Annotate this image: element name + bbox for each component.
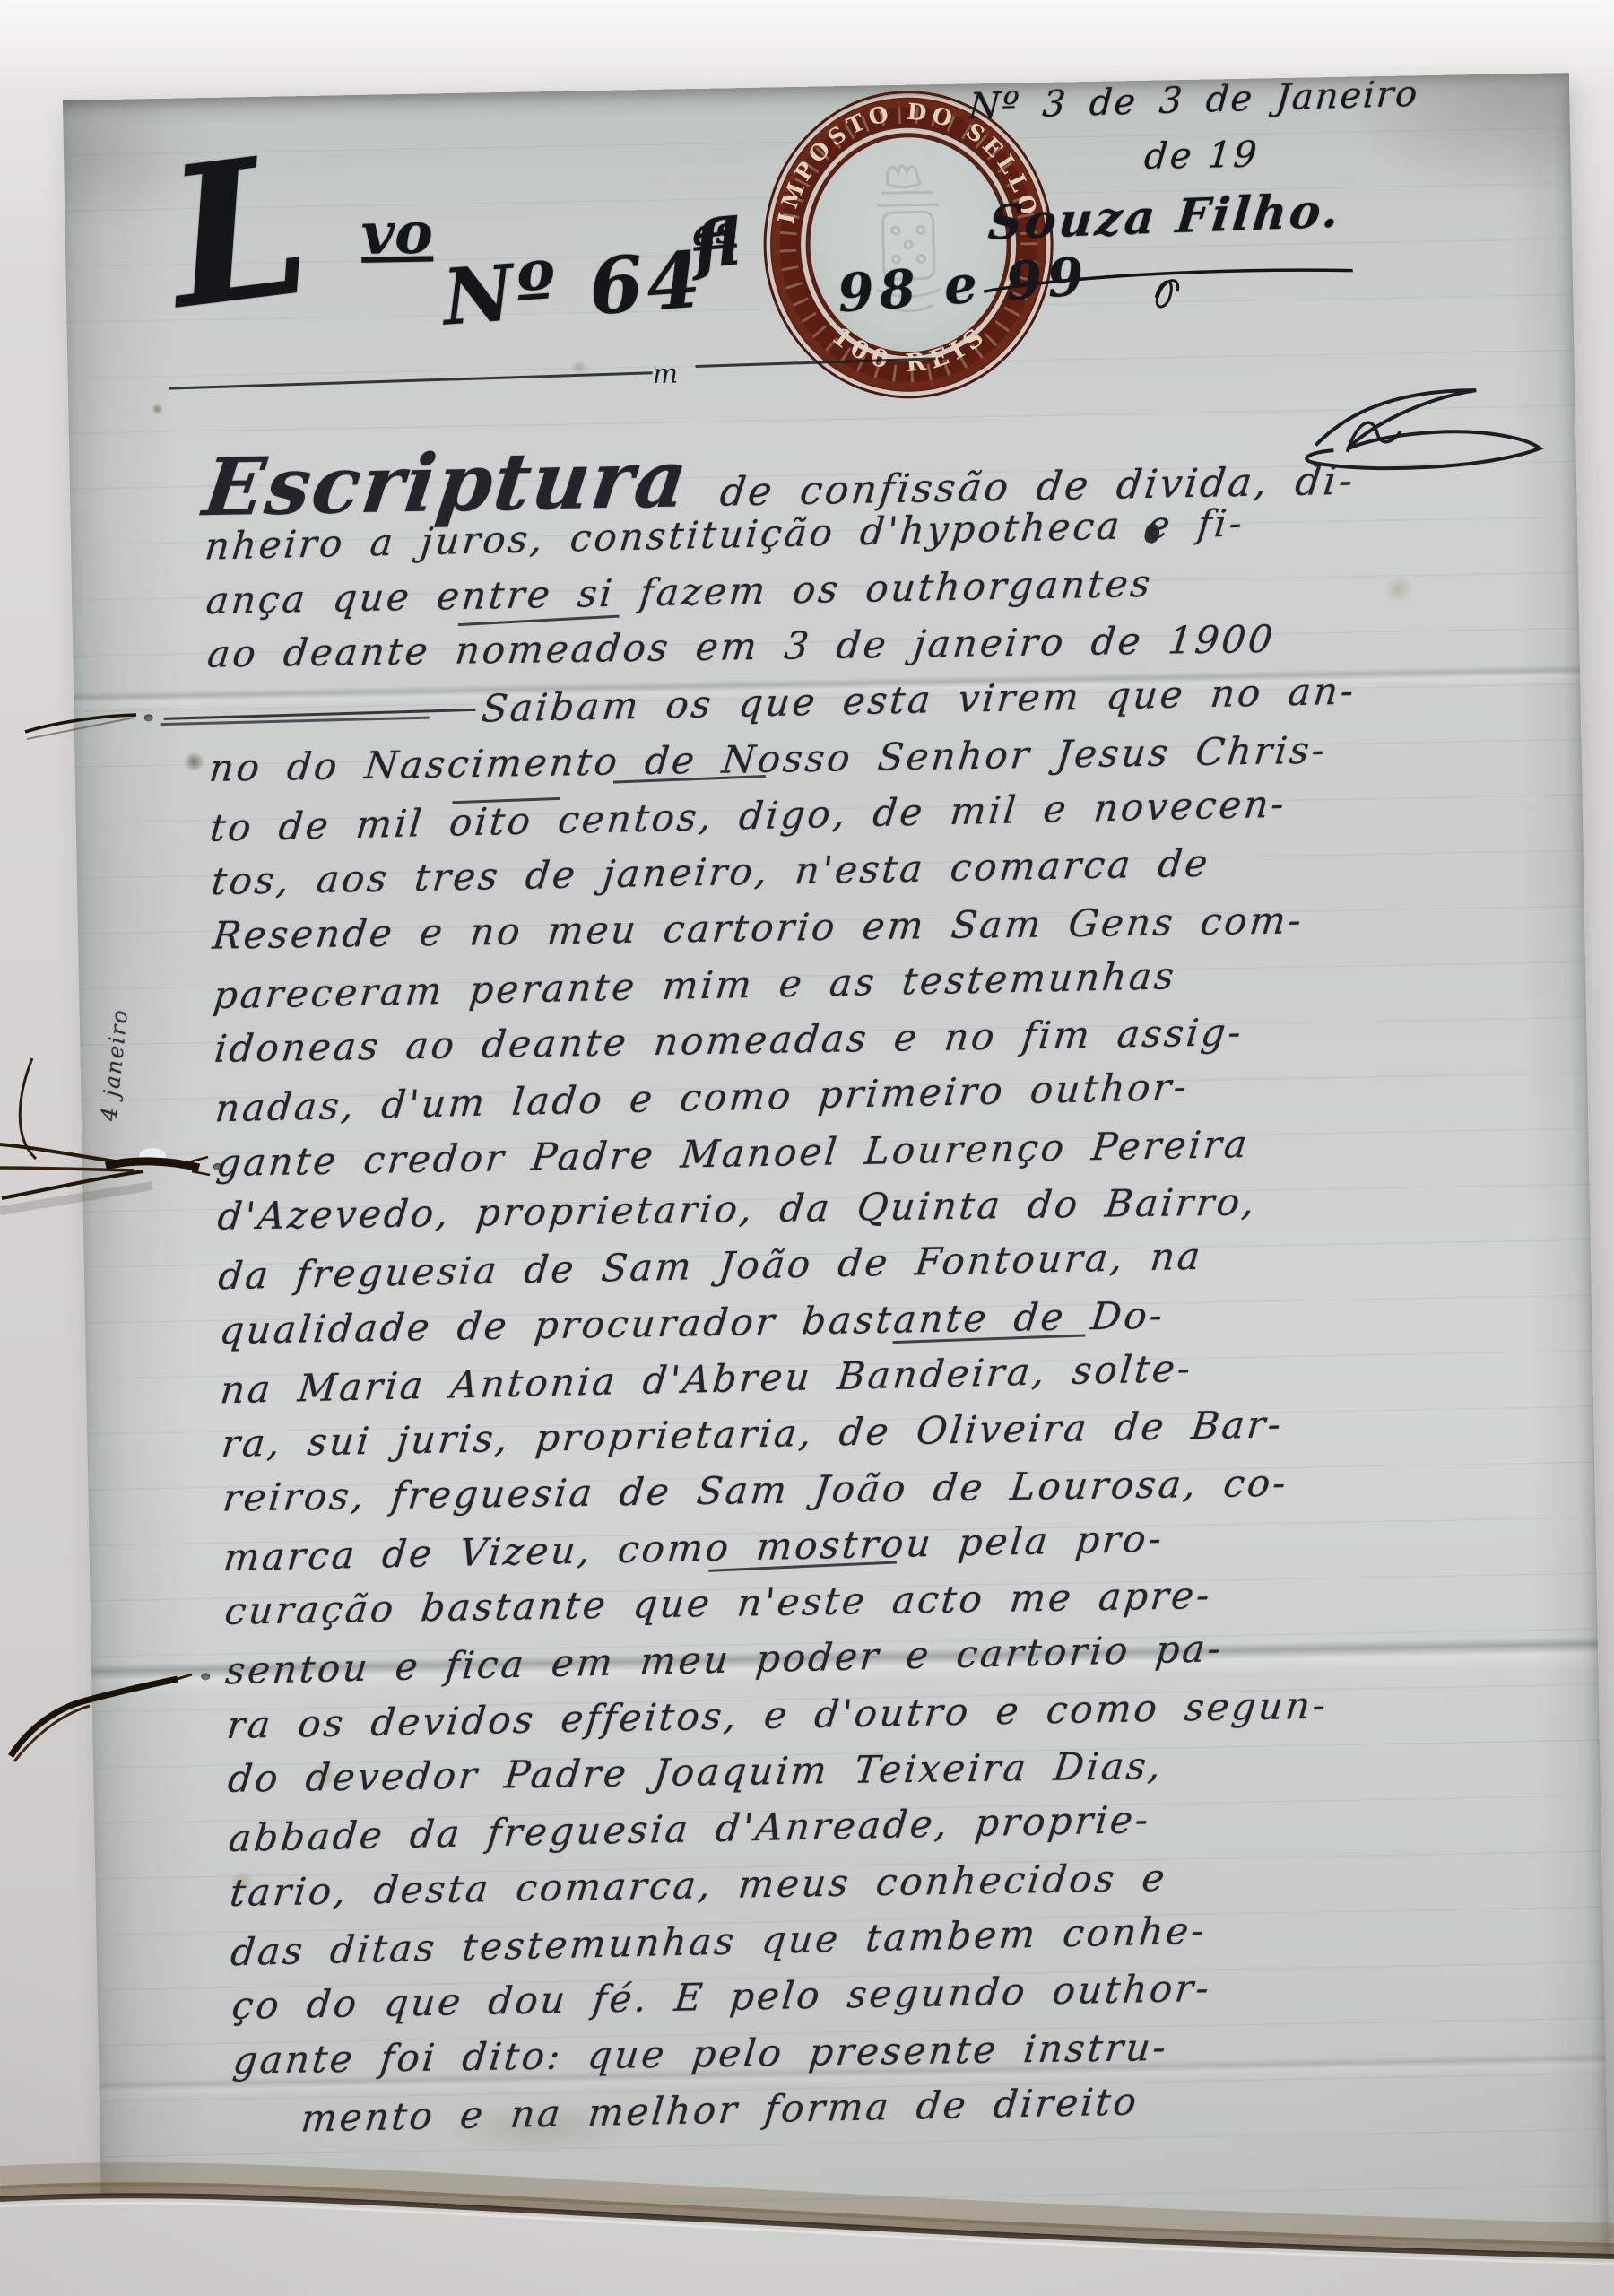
svg-text:100 REIS: 100 REIS [826, 319, 994, 379]
stain-spot [1381, 578, 1417, 600]
manuscript-line: tario, desta comarca, meus conhecidos e [228, 1856, 1169, 1915]
binding-hole [144, 714, 153, 721]
stain-spot [182, 752, 205, 770]
manuscript-line: curação bastante que n'este acto me apre… [222, 1573, 1214, 1633]
manuscript-line: Resende e no meu cartorio em Sam Gens co… [211, 898, 1306, 957]
manuscript-line: Saibam os que esta virem que no an- [480, 669, 1358, 731]
manuscript-line: ao deante nomeados em 3 de janeiro de 19… [205, 617, 1278, 676]
stamp-bottom-text: 100 REIS [826, 319, 994, 379]
manuscript-line: da freguesia de Sam João de Fontoura, na [216, 1234, 1204, 1299]
manuscript-line: idoneas ao deante nomeadas e no fim assi… [213, 1010, 1245, 1071]
margin-note: 4 janeiro [88, 929, 141, 1199]
registry-underline-squiggle: m [652, 358, 678, 390]
manuscript-line: d'Azevedo, proprietario, da Quinta do Ba… [215, 1180, 1259, 1239]
manuscript-line: no do Nascimento de Nosso Senhor Jesus C… [207, 727, 1329, 789]
manuscript-line: na Maria Antonia d'Abreu Bandeira, solte… [219, 1345, 1195, 1412]
manuscript-line: reiros, freguesia de Sam João de Lourosa… [221, 1461, 1290, 1520]
registry-book-superscript: vo [360, 199, 433, 267]
manuscript-line: marca de Vizeu, como mostrou pela pro- [221, 1516, 1166, 1579]
manuscript-line: ança que entre si fazem os outhorgantes [204, 561, 1155, 622]
registry-book-number: Nº 64 [440, 234, 707, 343]
manuscript-paper-sheet: IMPOSTO DO SELLO 100 REIS L vo Nº 64 fla… [63, 73, 1610, 2295]
manuscript-line: pareceram perante mim e as testemunhas [212, 953, 1179, 1017]
manuscript-line: to de mil oito centos, digo, de mil e no… [208, 781, 1289, 849]
manuscript-line: abbade da freguesia d'Anreade, proprie- [227, 1797, 1153, 1860]
notary-signature: Souza Filho. [986, 183, 1345, 250]
manuscript-line: do devedor Padre Joaquim Teixeira Dias, [226, 1744, 1166, 1801]
manuscript-line: sentou e fica em meu poder e cartorio pa… [223, 1626, 1225, 1692]
registry-underline [696, 357, 936, 368]
manuscript-line: ra os devidos effeitos, e d'outro e como… [225, 1683, 1331, 1747]
stain-spot [151, 404, 163, 414]
manuscript-line: tos, aos tres de janeiro, n'esta comarca… [209, 841, 1212, 904]
manuscript-line: mento e na melhor forma de direito [299, 2079, 1141, 2140]
stamp-embossed-center [808, 135, 1009, 355]
doc-year-annotation: de 19 [1142, 135, 1261, 178]
photograph-of-deed: IMPOSTO DO SELLO 100 REIS L vo Nº 64 fla… [0, 0, 1614, 2296]
folio-label-text: fl [690, 203, 743, 283]
signature-paraph-flourish [976, 247, 1407, 317]
stain-spot [569, 360, 587, 374]
registry-book-initial: L [160, 127, 317, 335]
manuscript-line: qualidade de procurador bastante de Do- [218, 1293, 1167, 1352]
manuscript-line: gante foi dito: que pelo presente instru… [231, 2025, 1171, 2083]
registry-underline [169, 371, 653, 389]
manuscript-line: gante credor Padre Manoel Lourenço Perei… [214, 1122, 1252, 1185]
manuscript-line: ço do que dou fé. E pelo segundo outhor- [230, 1966, 1213, 2028]
doc-number-annotation: Nº 3 de 3 de Janeiro [968, 74, 1420, 128]
manuscript-line: nadas, d'um lado e como primeiro outhor- [213, 1065, 1192, 1131]
manuscript-line: ra, sui juris, proprietaria, de Oliveira… [220, 1402, 1286, 1465]
manuscript-line: das ditas testemunhas que tambem conhe- [229, 1908, 1209, 1974]
registry-folio-label: flas [690, 204, 740, 283]
binding-hole [201, 1673, 210, 1680]
